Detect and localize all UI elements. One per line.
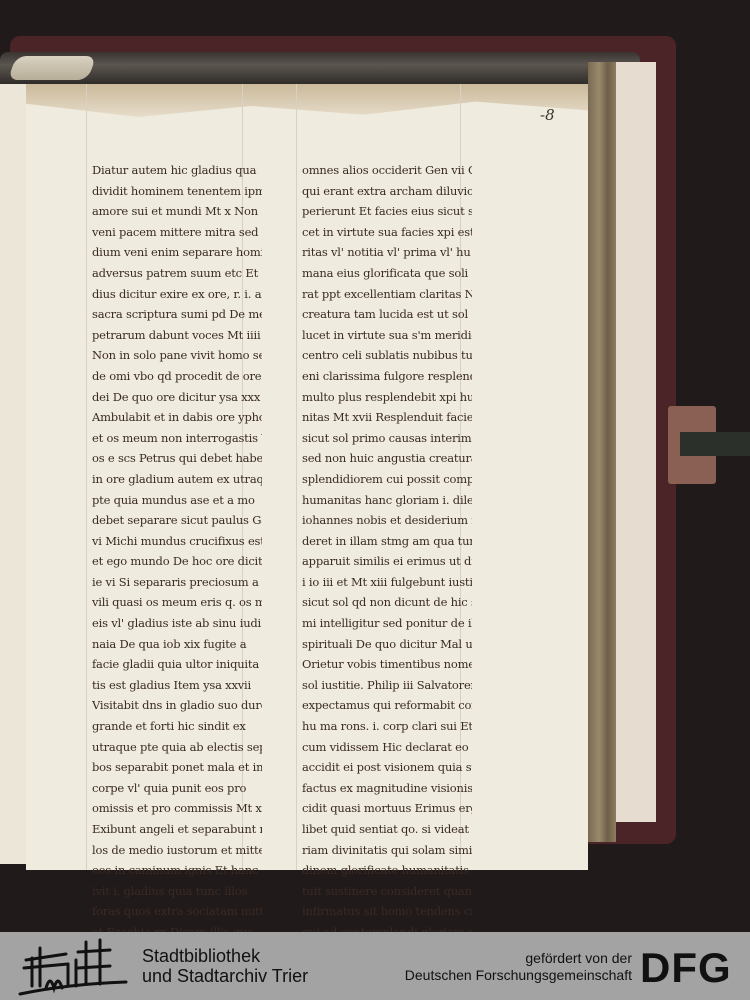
ruling-line <box>296 84 297 870</box>
text-line: ie vi Si separaris preciosum a <box>92 572 262 593</box>
text-line: debet separare sicut paulus Gal <box>92 510 262 531</box>
text-line: creatura tam lucida est ut sol qn <box>302 304 472 325</box>
text-line: qui erant extra archam diluvio <box>302 181 472 202</box>
text-line: os e scs Petrus qui debet habere <box>92 448 262 469</box>
text-line: Non in solo pane vivit homo sed <box>92 345 262 366</box>
text-line: omissis et pro commissis Mt xiii <box>92 798 262 819</box>
fore-edge <box>588 62 616 842</box>
headband <box>8 56 97 80</box>
text-line: dinem glorificate humanitatis non po <box>302 860 472 881</box>
text-line: sicut sol primo causas interim dicit <box>302 428 472 449</box>
text-column-right: omnes alios occiderit Gen vii Omisqui er… <box>302 160 472 963</box>
text-line: i io iii et Mt xiii fulgebunt iusti <box>302 572 472 593</box>
text-line: cidit quasi mortuus Erimus ergo q' <box>302 798 472 819</box>
funding-credit: gefördert von der Deutschen Forschungsge… <box>405 950 632 984</box>
text-line: amore sui et mundi Mt x Non <box>92 201 262 222</box>
clasp <box>668 406 750 484</box>
text-line: deret in illam stmg am qua tum <box>302 531 472 552</box>
text-line: Ambulabit et in dabis ore ypho <box>92 407 262 428</box>
library-name: Stadtbibliothek und Stadtarchiv Trier <box>142 946 308 986</box>
text-line: lucet in virtute sua s'm meridie in <box>302 325 472 346</box>
flyleaf <box>616 62 656 822</box>
text-line: dium veni enim separare hominem <box>92 242 262 263</box>
text-line: cum vidissem Hic declarat eo quid <box>302 737 472 758</box>
text-line: utraque pte quia ab electis sepa <box>92 737 262 758</box>
text-line: pte quia mundus ase et a mo <box>92 490 262 511</box>
text-line: accidit ei post visionem quia stupe <box>302 757 472 778</box>
text-line: infirmatus sit homo tendens cnily <box>302 901 472 922</box>
text-line: sicut sol qd non dicunt de hic sole <box>302 592 472 613</box>
text-line: sol iustitie. Philip iii Salvatorem <box>302 675 472 696</box>
text-line: et ego mundo De hoc ore dicitur <box>92 551 262 572</box>
footer-banner: Stadtbibliothek und Stadtarchiv Trier ge… <box>0 932 750 1000</box>
text-line: adversus patrem suum etc Et hic gla <box>92 263 262 284</box>
library-logo-icon <box>18 938 128 996</box>
text-line: libet quid sentiat qo. si videat glo <box>302 819 472 840</box>
text-line: corpe vl' quia punit eos pro <box>92 778 262 799</box>
text-line: petrarum dabunt voces Mt iiii <box>92 325 262 346</box>
text-line: apparuit similis ei erimus ut dicit <box>302 551 472 572</box>
text-line: dividit hominem tenentem ipm ab <box>92 181 262 202</box>
text-line: mana eius glorificata que soli compa <box>302 263 472 284</box>
text-line: dius dicitur exire ex ore, r. i. ar <box>92 284 262 305</box>
text-line: rat ppt excellentiam claritas Nulla ci <box>302 284 472 305</box>
text-line: iohannes nobis et desiderium nrm acce <box>302 510 472 531</box>
funding-line2: Deutschen Forschungsgemeinschaft <box>405 967 632 984</box>
text-line: spirituali De quo dicitur Mal ultimo <box>302 634 472 655</box>
text-line: dei De quo ore dicitur ysa xxx <box>92 387 262 408</box>
library-name-line2: und Stadtarchiv Trier <box>142 966 308 986</box>
text-line: hu ma rons. i. corp clari sui Et <box>302 716 472 737</box>
text-line: multo plus resplendebit xpi huma <box>302 387 472 408</box>
text-line: Orietur vobis timentibus nomen meum <box>302 654 472 675</box>
clasp-strap <box>680 432 750 456</box>
text-line: Exibunt angeli et separabunt ma <box>92 819 262 840</box>
folio-number: -8 <box>540 106 555 124</box>
text-line: mi intelligitur sed ponitur de illo <box>302 613 472 634</box>
text-line: bos separabit ponet mala et in <box>92 757 262 778</box>
text-line: cet in virtute sua facies xpi est cla <box>302 222 472 243</box>
top-edge-of-text-block <box>0 52 640 84</box>
text-line: riam divinitatis qui solam similitu <box>302 840 472 861</box>
text-line: et os meum non interrogastis Vl' <box>92 428 262 449</box>
funding-line1: gefördert von der <box>405 950 632 967</box>
text-line: tis est gladius Item ysa xxvii <box>92 675 262 696</box>
text-line: in ore gladium autem ex utraque <box>92 469 262 490</box>
text-line: sacra scriptura sumi pd De medio <box>92 304 262 325</box>
text-line: centro celi sublatis nubibus tunc <box>302 345 472 366</box>
library-name-line1: Stadtbibliothek <box>142 946 308 966</box>
text-line: omnes alios occiderit Gen vii Omis <box>302 160 472 181</box>
text-line: factus ex magnitudine visionis ce <box>302 778 472 799</box>
text-line: humanitas hanc gloriam i. dilebit <box>302 490 472 511</box>
text-line: ivit i. gladius quia tunc illos <box>92 881 262 902</box>
text-line: facie gladii quia ultor iniquita <box>92 654 262 675</box>
text-line: nitas Mt xvii Resplenduit facies eius <box>302 407 472 428</box>
text-line: veni pacem mittere mitra sed gla <box>92 222 262 243</box>
text-line: naia De qua iob xix fugite a <box>92 634 262 655</box>
text-line: eni clarissima fulgore resplendet <box>302 366 472 387</box>
text-line: perierunt Et facies eius sicut sol lu <box>302 201 472 222</box>
text-line: grande et forti hic sindit ex <box>92 716 262 737</box>
ruling-line <box>86 84 87 870</box>
text-line: eis vl' gladius iste ab sinu iudi <box>92 613 262 634</box>
text-line: vi Michi mundus crucifixus est <box>92 531 262 552</box>
text-column-left: Diatur autem hic gladius quadividit homi… <box>92 160 262 963</box>
text-line: vili quasi os meum eris q. os meu <box>92 592 262 613</box>
text-line: expectamus qui reformabit corpus <box>302 695 472 716</box>
text-line: foras quos extra sociatam mittet <box>92 901 262 922</box>
text-line: Visitabit dns in gladio suo duro <box>92 695 262 716</box>
text-line: los de medio iustorum et mittet <box>92 840 262 861</box>
text-line: ritas vl' notitia vl' prima vl' hu <box>302 242 472 263</box>
dfg-logo: DFG <box>640 946 732 990</box>
text-line: Diatur autem hic gladius qua <box>92 160 262 181</box>
text-line: splendidiorem cui possit comparare <box>302 469 472 490</box>
text-line: de omi vbo qd procedit de ore <box>92 366 262 387</box>
text-line: tuit sustinere consideret quantum <box>302 881 472 902</box>
text-line: sed non huic angustia creaturam <box>302 448 472 469</box>
text-line: eos in caminum ignis Et hanc ex <box>92 860 262 881</box>
